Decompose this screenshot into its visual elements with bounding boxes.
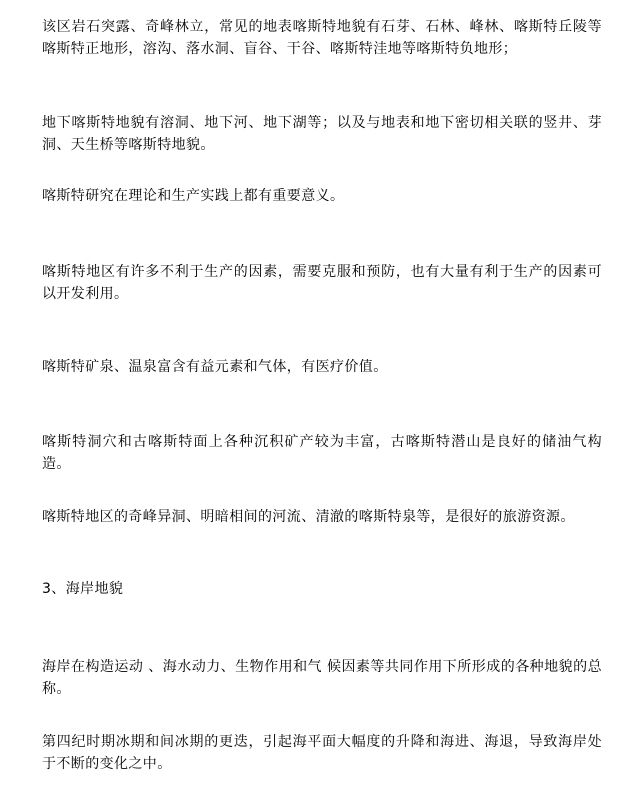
section-heading: 3、海岸地貌 <box>42 578 602 600</box>
paragraph: 第四纪时期冰期和间冰期的更迭，引起海平面大幅度的升降和海进、海退，导致海岸处于不… <box>42 731 602 775</box>
paragraph: 海岸在构造运动 、海水动力、生物作用和气 候因素等共同作用下所形成的各种地貌的总… <box>42 656 602 700</box>
paragraph: 喀斯特洞穴和古喀斯特面上各种沉积矿产较为丰富，古喀斯特潜山是良好的储油气构造。 <box>42 431 602 475</box>
paragraph: 该区岩石突露、奇峰林立，常见的地表喀斯特地貌有石芽、石林、峰林、喀斯特丘陵等喀斯… <box>42 16 602 60</box>
paragraph: 喀斯特地区有许多不利于生产的因素，需要克服和预防，也有大量有利于生产的因素可以开… <box>42 261 602 305</box>
paragraph: 地下喀斯特地貌有溶洞、地下河、地下湖等；以及与地表和地下密切相关联的竖井、芽洞、… <box>42 112 602 156</box>
paragraph: 喀斯特研究在理论和生产实践上都有重要意义。 <box>42 185 602 207</box>
document-page: 该区岩石突露、奇峰林立，常见的地表喀斯特地貌有石芽、石林、峰林、喀斯特丘陵等喀斯… <box>0 0 637 792</box>
paragraph: 喀斯特矿泉、温泉富含有益元素和气体，有医疗价值。 <box>42 356 602 378</box>
paragraph: 喀斯特地区的奇峰异洞、明暗相间的河流、清澈的喀斯特泉等，是很好的旅游资源。 <box>42 506 602 528</box>
